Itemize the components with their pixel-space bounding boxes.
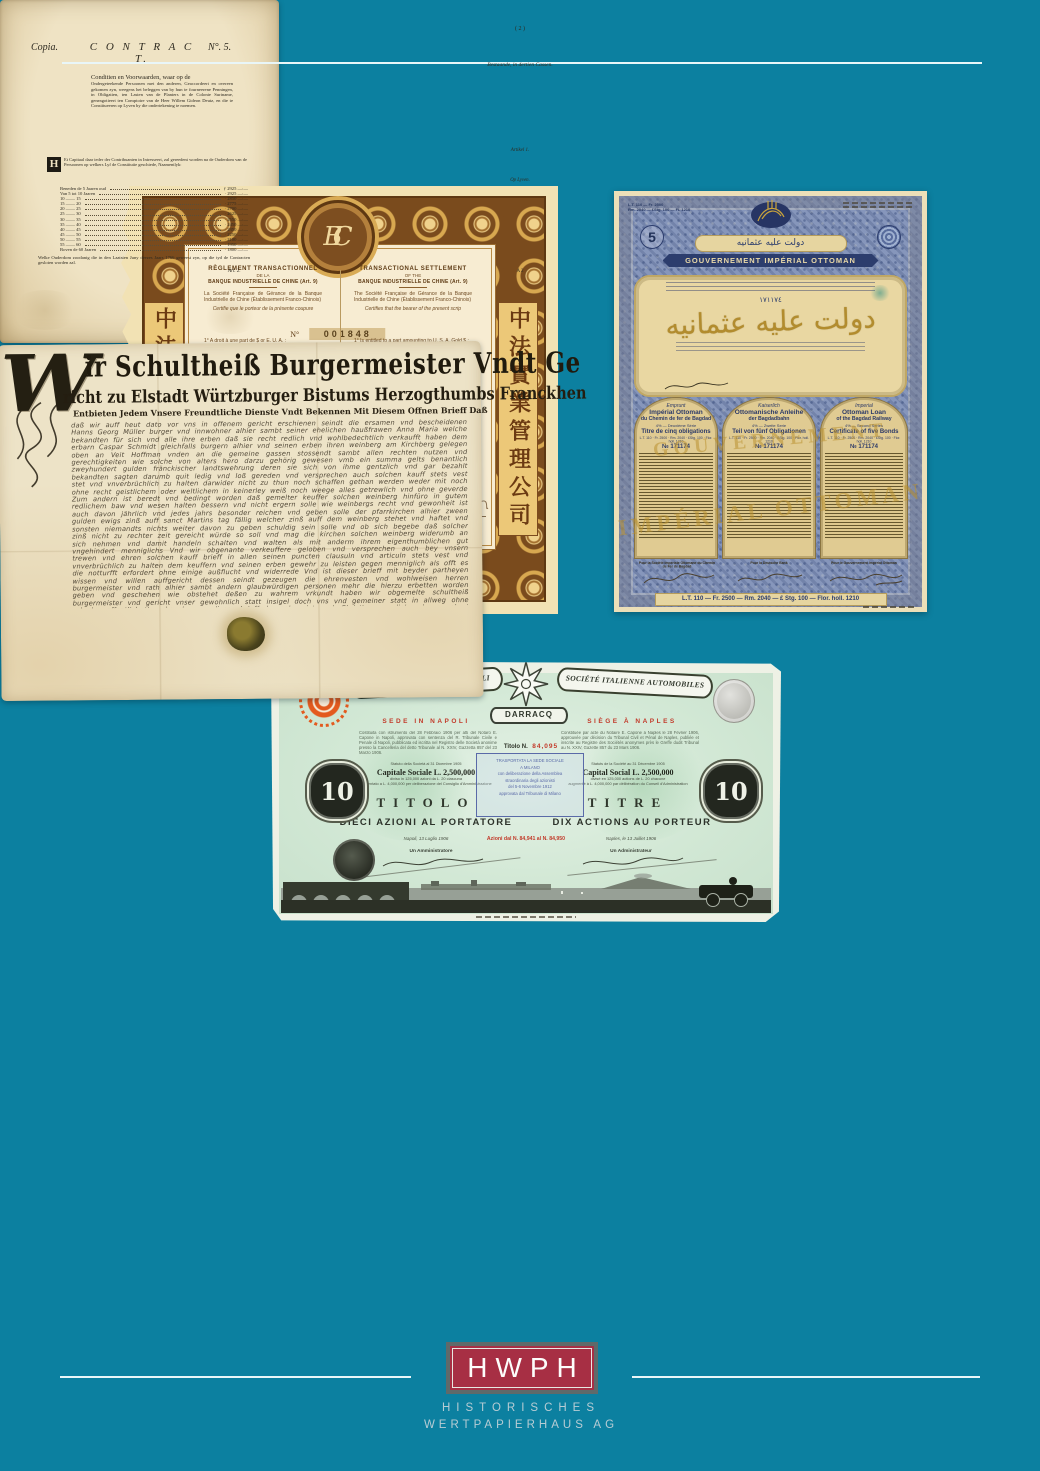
dropcap: H bbox=[47, 157, 61, 172]
government-banner: GOUVERNEMENT IMPÉRIAL OTTOMAN bbox=[663, 254, 879, 267]
article1-paragraph: H Et Capitaal daar ieder der Contribuant… bbox=[47, 157, 247, 173]
denomination-fr: DIX ACTIONS AU PORTEUR bbox=[517, 817, 747, 828]
corner-values-right bbox=[843, 202, 913, 208]
siege-naples: SIÈGE À NAPLES bbox=[557, 718, 707, 725]
footer-rule-left bbox=[60, 1376, 411, 1378]
copia-label: Copia. bbox=[31, 42, 58, 53]
hwph-logo: HWPH bbox=[446, 1342, 598, 1394]
signature-mark: A 2 bbox=[0, 269, 1040, 274]
chinese-company-name: 中法實業管理公司 bbox=[503, 307, 534, 535]
share-range-line: Azioni dal N. 84,941 al N. 84,950 bbox=[426, 836, 626, 842]
ottoman-bagdad-railway-bond: L.T. 110 — Fr. 2500 Rm. 2040 — £Stg. 100… bbox=[614, 191, 927, 612]
fine-print-lines bbox=[676, 342, 864, 351]
signature-caption-railway: Pour la Société Impériale Ottomane du Ch… bbox=[638, 561, 715, 568]
next-article-mark: Art. 2. bbox=[228, 269, 241, 274]
fraktur-heading-line1: ir Schultheiß Burgermeister Vndt Ge bbox=[85, 346, 581, 384]
signature-government bbox=[826, 569, 906, 589]
signature-caption-bank: Pour la Deutsche Bank bbox=[730, 561, 807, 565]
bank-monogram-seal-icon: BIC bbox=[301, 200, 375, 274]
green-stamp-smudge bbox=[869, 285, 891, 301]
signature-railway bbox=[640, 569, 718, 589]
tughra-icon bbox=[748, 197, 794, 233]
english-intro: The Société Française de Gérance de la B… bbox=[354, 291, 472, 303]
wax-seal bbox=[227, 617, 265, 651]
star-emblem-icon bbox=[503, 661, 549, 707]
sede-napoli: SEDE IN NAPOLI bbox=[351, 718, 501, 725]
arabic-title-band: دولت عليه عثمانيه bbox=[695, 235, 847, 252]
catalog-page: 中法實業管理公司 中法實業管理公司 BIC RÈGLEMENT TRANSACT… bbox=[0, 0, 1040, 1471]
value-medallion-left: 10 bbox=[309, 763, 365, 819]
op-lyven-heading: Op Lyven. bbox=[0, 178, 1040, 183]
table-row: Boven de 60 Jaaren· 1800 —:— bbox=[60, 247, 248, 252]
german-manuscript-deed: W ir Schultheiß Burgermeister Vndt Ge ri… bbox=[0, 341, 484, 701]
artikel-heading: Artikel 1. bbox=[0, 148, 1040, 153]
printer-imprint bbox=[476, 916, 576, 918]
signature-caption-government: Pour le Gouvernement Impérial Ottoman bbox=[823, 561, 906, 565]
contract-subtitle: Bestaande, in dertien Cassen. bbox=[0, 62, 1040, 68]
ornament-rosette-icon bbox=[877, 225, 901, 249]
darracq-share-certificate: SOCIETÀ ITALIANA AUTOMOBILI SOCIÉTÉ ITAL… bbox=[271, 661, 781, 922]
value-medallion-right: 10 bbox=[703, 763, 759, 819]
contract-number: N°. 5. bbox=[208, 42, 231, 53]
printer-imprint bbox=[863, 606, 915, 608]
official-signature bbox=[662, 379, 732, 393]
chinese-title-strip-right: 中法實業管理公司 bbox=[498, 302, 538, 536]
titre-word: TITRE bbox=[535, 795, 721, 811]
closing-paragraph: Welke Ouderdom zoodanig die in den Laats… bbox=[38, 255, 250, 266]
age-premium-table: Beneden de 5 Jaaren oudƒ 2925 —:— Van 5 … bbox=[60, 186, 248, 252]
fine-print-lines bbox=[666, 282, 876, 294]
bond-column-german: Kaiserlich Ottomanische Anleihe der Bagd… bbox=[722, 397, 816, 559]
naples-bay-engraving bbox=[281, 873, 771, 913]
footer-rule-right bbox=[632, 1376, 980, 1378]
page-number: ( 2 ) bbox=[0, 26, 1040, 32]
calligraphy-cartouche: ١٧١١٧٤ دولت عليه عثمانيه bbox=[634, 275, 907, 397]
titolo-number-line: Titolo N. 84,095 bbox=[476, 735, 586, 753]
paper-stain bbox=[10, 290, 80, 330]
corner-values-left: L.T. 110 — Fr. 2500 Rm. 2040 — £Stg. 100… bbox=[628, 202, 690, 212]
footer-tagline-2: WERTPAPIERHAUS AG bbox=[321, 1419, 721, 1431]
bottom-valuation-band: L.T. 110 — Fr. 2500 — Rm. 2040 — £ Stg. … bbox=[655, 593, 887, 606]
denomination-numeral: 5 bbox=[640, 225, 664, 249]
handwritten-body-text: daß wir auff heut dato vor vns in offene… bbox=[71, 419, 469, 608]
paper-stain bbox=[200, 300, 260, 334]
silver-coin-seal bbox=[713, 679, 755, 723]
footer-tagline-1: HISTORISCHES bbox=[321, 1402, 721, 1414]
gold-arabic-calligraphy: دولت عليه عثمانيه bbox=[636, 300, 906, 342]
conditions-paragraph: Conditien en Voorwaarden, waar op de Ond… bbox=[91, 74, 233, 109]
initial-flourish-icon bbox=[1, 400, 82, 491]
signature-bank bbox=[734, 569, 806, 589]
